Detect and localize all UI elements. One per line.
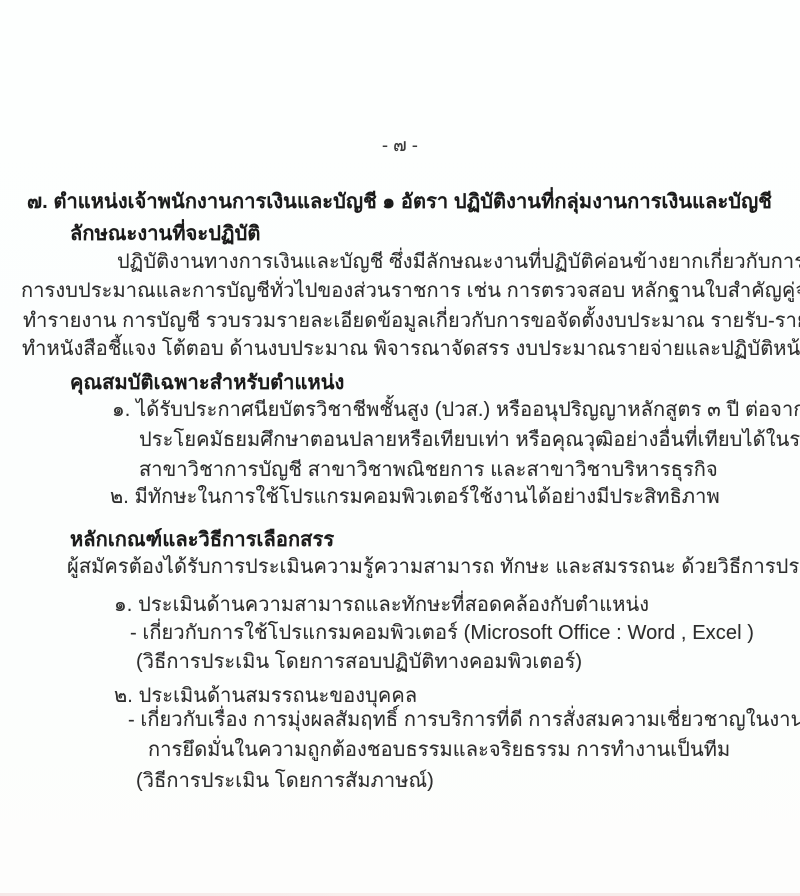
selection-item-line: - เกี่ยวกับเรื่อง การมุ่งผลสัมฤทธิ์ การบ… xyxy=(128,705,800,735)
qualification-item-line: ๑. ได้รับประกาศนียบัตรวิชาชีพชั้นสูง (ปว… xyxy=(112,395,800,425)
qualifications-heading: คุณสมบัติเฉพาะสำหรับตำแหน่ง xyxy=(70,368,344,398)
qualification-item-line: ประโยคมัธยมศึกษาตอนปลายหรือเทียบเท่า หรื… xyxy=(139,425,800,455)
duties-paragraph-line: ทำหนังสือชี้แจง โต้ตอบ ด้านงบประมาณ พิจา… xyxy=(22,334,800,364)
qualification-item-line: ๒. มีทักษะในการใช้โปรแกรมคอมพิวเตอร์ใช้ง… xyxy=(110,482,720,512)
duties-heading: ลักษณะงานที่จะปฏิบัติ xyxy=(70,219,260,249)
selection-item-line: - เกี่ยวกับการใช้โปรแกรมคอมพิวเตอร์ (Mic… xyxy=(130,618,754,648)
duties-paragraph-line: ทำรายงาน การบัญชี รวบรวมรายละเอียดข้อมูล… xyxy=(23,306,800,336)
selection-item-line: (วิธีการประเมิน โดยการสอบปฏิบัติทางคอมพิ… xyxy=(136,647,582,677)
selection-item-line: การยึดมั่นในความถูกต้องชอบธรรมและจริยธรร… xyxy=(148,735,730,765)
selection-heading: หลักเกณฑ์และวิธีการเลือกสรร xyxy=(70,525,334,555)
page-number: - ๗ - xyxy=(0,130,800,160)
selection-item-line: (วิธีการประเมิน โดยการสัมภาษณ์) xyxy=(136,766,434,796)
position-heading: ๗. ตำแหน่งเจ้าพนักงานการเงินและบัญชี ๑ อ… xyxy=(27,187,772,217)
document-page: - ๗ - ๗. ตำแหน่งเจ้าพนักงานการเงินและบัญ… xyxy=(0,0,800,896)
selection-item-line: ๑. ประเมินด้านความสามารถและทักษะที่สอดคล… xyxy=(114,590,649,620)
qualification-item-line: สาขาวิชาการบัญชี สาขาวิชาพณิชยการ และสาข… xyxy=(139,455,718,485)
duties-paragraph-line: การงบประมาณและการบัญชีทั่วไปของส่วนราชกา… xyxy=(21,276,800,306)
duties-paragraph-line: ปฏิบัติงานทางการเงินและบัญชี ซึ่งมีลักษณ… xyxy=(117,247,800,277)
selection-intro: ผู้สมัครต้องได้รับการประเมินความรู้ความส… xyxy=(67,552,800,582)
